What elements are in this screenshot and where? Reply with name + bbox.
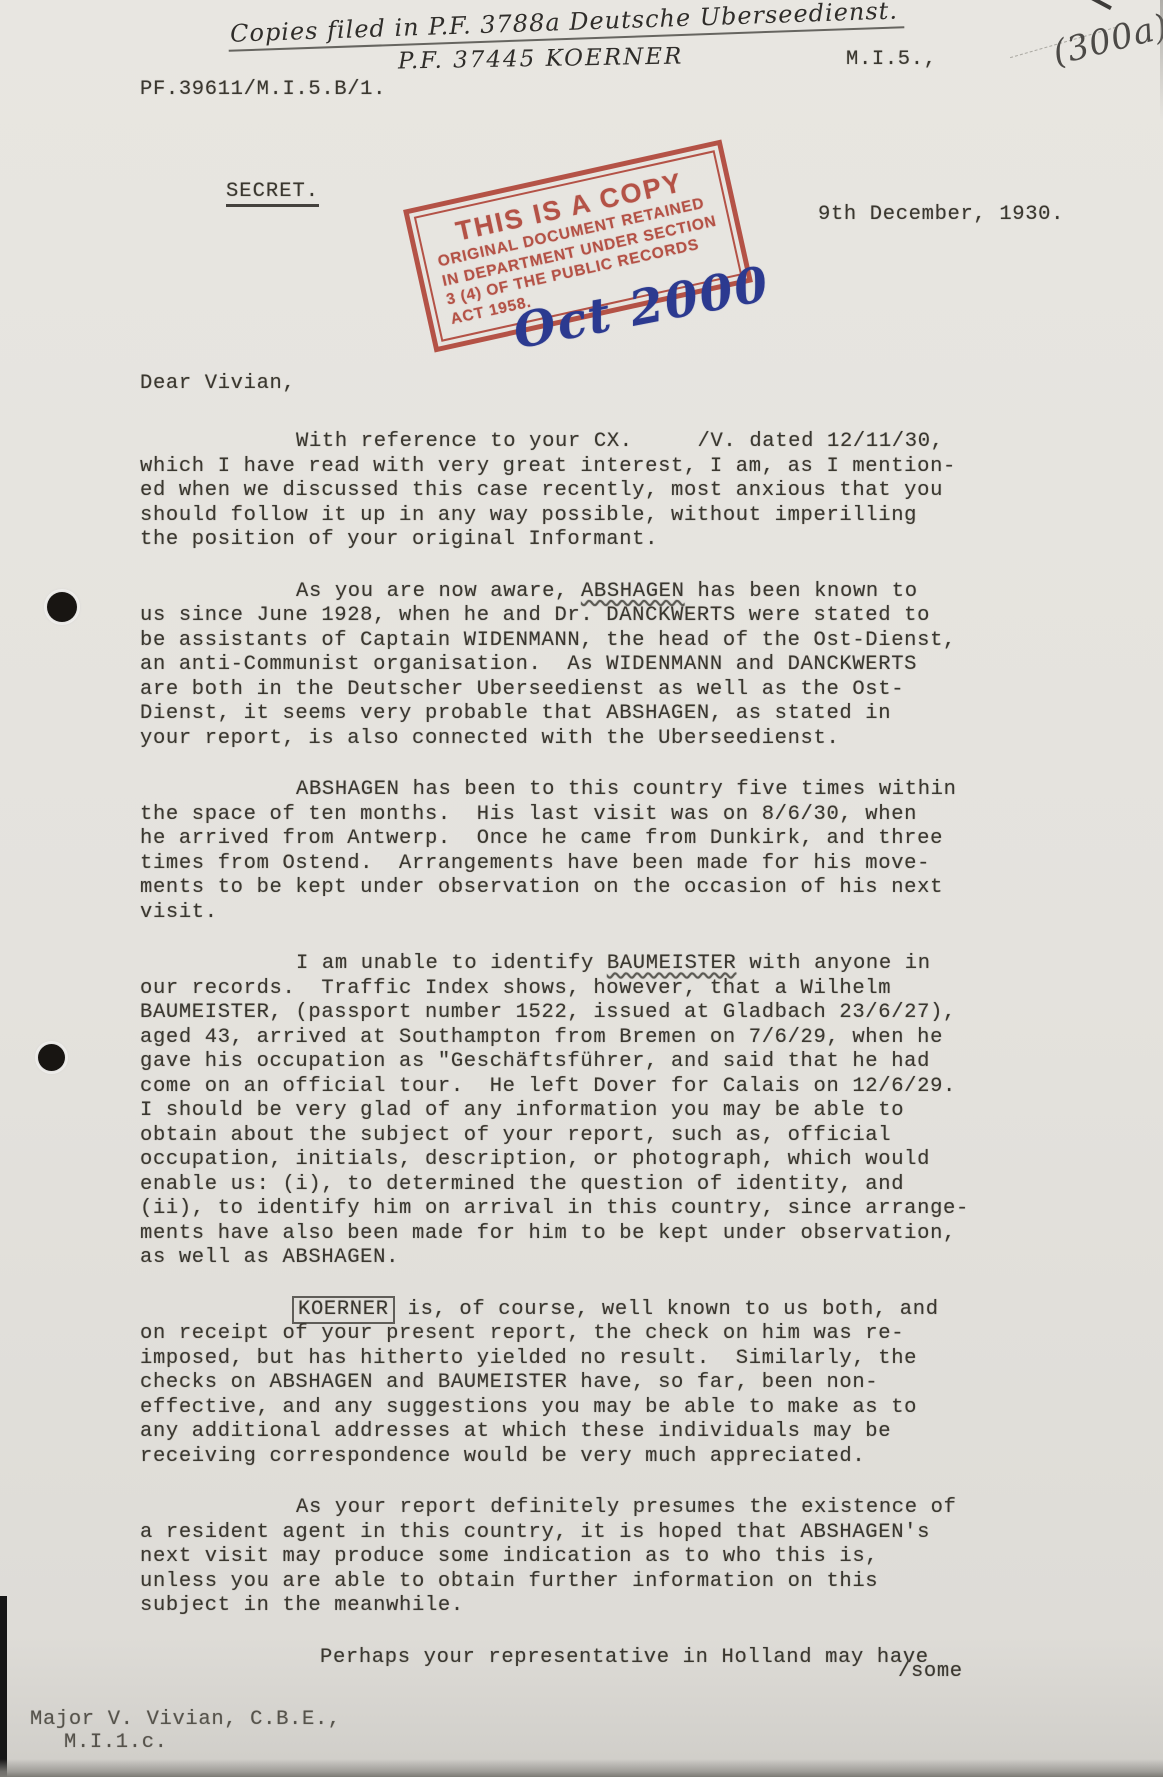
paragraph-line: ed when we discussed this case recently,… — [140, 479, 985, 504]
paragraph-line: Dienst, it seems very probable that ABSH… — [140, 702, 985, 727]
paragraph-line: a resident agent in this country, it is … — [140, 1521, 985, 1546]
paragraph-line: receiving correspondence would be very m… — [140, 1445, 985, 1470]
paragraph-line: which I have read with very great intere… — [140, 455, 985, 480]
paragraph-line: us since June 1928, when he and Dr. DANC… — [140, 604, 985, 629]
paragraph-line: should follow it up in any way possible,… — [140, 504, 985, 529]
paragraph: ABSHAGEN has been to this country five t… — [140, 778, 985, 925]
pencil-underline: ABSHAGEN — [581, 580, 685, 603]
paragraph: KOERNER is, of course, well known to us … — [140, 1298, 985, 1470]
paragraph: As you are now aware, ABSHAGEN has been … — [140, 580, 985, 752]
corner-page-number: (300a) — [1049, 6, 1163, 73]
paragraph-line: times from Ostend. Arrangements have bee… — [140, 852, 985, 877]
paragraph-line: I am unable to identify BAUMEISTER with … — [140, 952, 985, 977]
org-label: M.I.5., — [846, 48, 937, 71]
paragraph-line: imposed, but has hitherto yielded no res… — [140, 1347, 985, 1372]
paragraph: As your report definitely presumes the e… — [140, 1496, 985, 1619]
paragraph-line: KOERNER is, of course, well known to us … — [140, 1298, 985, 1323]
paragraph-line: checks on ABSHAGEN and BAUMEISTER have, … — [140, 1371, 985, 1396]
filing-annotation-line1: Copies filed in P.F. 3788a Deutsche Uber… — [228, 0, 905, 52]
hole-punch — [47, 592, 77, 622]
scan-edge-bottom — [0, 1759, 1163, 1777]
salutation: Dear Vivian, — [140, 372, 295, 395]
paragraph-line: (ii), to identify him on arrival in this… — [140, 1197, 985, 1222]
paragraph-line: As you are now aware, ABSHAGEN has been … — [140, 580, 985, 605]
paragraph-line: the space of ten months. His last visit … — [140, 803, 985, 828]
paragraph-line: visit. — [140, 901, 985, 926]
scan-edge-left — [0, 1596, 7, 1777]
paragraph-line: subject in the meanwhile. — [140, 1594, 985, 1619]
hole-punch — [38, 1044, 65, 1071]
paragraph-line: an anti-Communist organisation. As WIDEN… — [140, 653, 985, 678]
pencil-underline: BAUMEISTER — [607, 952, 737, 975]
filing-annotation-line2: P.F. 37445 KOERNER — [398, 44, 684, 75]
paragraph-line: I should be very glad of any information… — [140, 1099, 985, 1124]
pencil-mark — [1064, 0, 1112, 10]
paragraph: I am unable to identify BAUMEISTER with … — [140, 952, 985, 1271]
addressee-name: Major V. Vivian, C.B.E., — [30, 1708, 341, 1731]
paragraph-line: on receipt of your present report, the c… — [140, 1322, 985, 1347]
paragraph-line: enable us: (i), to determined the questi… — [140, 1173, 985, 1198]
paragraph-line: our records. Traffic Index shows, howeve… — [140, 977, 985, 1002]
paragraph-line: he arrived from Antwerp. Once he came fr… — [140, 827, 985, 852]
classification-secret: SECRET. — [226, 180, 319, 207]
paragraph-line: any additional addresses at which these … — [140, 1420, 985, 1445]
paragraph-line: the position of your original Informant. — [140, 528, 985, 553]
paragraph-line: aged 43, arrived at Southampton from Bre… — [140, 1026, 985, 1051]
document-page: Copies filed in P.F. 3788a Deutsche Uber… — [0, 0, 1163, 1777]
paragraph-line: unless you are able to obtain further in… — [140, 1570, 985, 1595]
paragraph-line: your report, is also connected with the … — [140, 727, 985, 752]
addressee-unit: M.I.1.c. — [64, 1731, 168, 1754]
paragraph-line: effective, and any suggestions you may b… — [140, 1396, 985, 1421]
paragraph-line: ments to be kept under observation on th… — [140, 876, 985, 901]
paragraph: With reference to your CX. /V. dated 12/… — [140, 430, 985, 553]
paragraph-line: are both in the Deutscher Uberseedienst … — [140, 678, 985, 703]
paragraph-line: Perhaps your representative in Holland m… — [140, 1646, 985, 1671]
paragraph-line: ABSHAGEN has been to this country five t… — [140, 778, 985, 803]
paragraph-line: obtain about the subject of your report,… — [140, 1124, 985, 1149]
paragraph-line: be assistants of Captain WIDENMANN, the … — [140, 629, 985, 654]
paragraph-line: ments have also been made for him to be … — [140, 1222, 985, 1247]
paragraph-line: BAUMEISTER, (passport number 1522, issue… — [140, 1001, 985, 1026]
file-reference: PF.39611/M.I.5.B/1. — [140, 78, 386, 101]
pencil-box: KOERNER — [292, 1296, 395, 1324]
paragraph-line: gave his occupation as "Geschäftsführer,… — [140, 1050, 985, 1075]
paragraph-line: next visit may produce some indication a… — [140, 1545, 985, 1570]
letter-date: 9th December, 1930. — [818, 203, 1064, 226]
paragraph-line: as well as ABSHAGEN. — [140, 1246, 985, 1271]
continuation-catchword: /some — [898, 1660, 963, 1683]
letter-body: With reference to your CX. /V. dated 12/… — [140, 430, 985, 1697]
paragraph-line: As your report definitely presumes the e… — [140, 1496, 985, 1521]
paragraph-line: occupation, initials, description, or ph… — [140, 1148, 985, 1173]
paragraph-line: come on an official tour. He left Dover … — [140, 1075, 985, 1100]
paragraph: Perhaps your representative in Holland m… — [140, 1646, 985, 1671]
paragraph-line: With reference to your CX. /V. dated 12/… — [140, 430, 985, 455]
